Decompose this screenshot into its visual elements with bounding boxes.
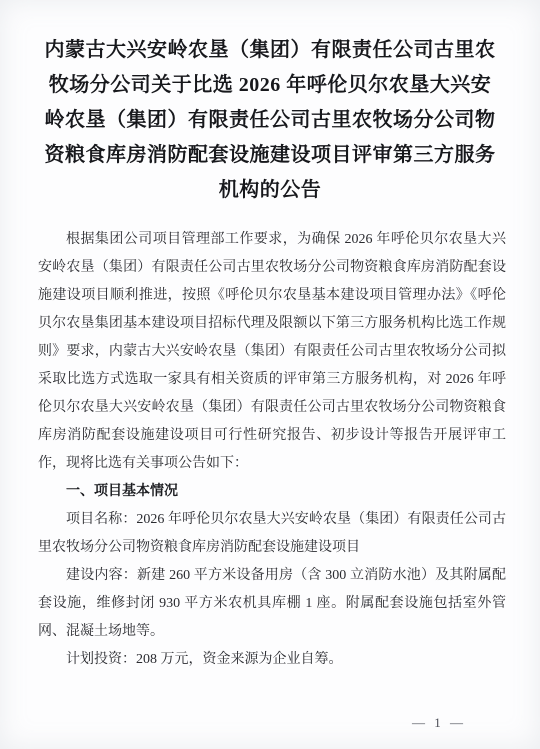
intro-paragraph: 根据集团公司项目管理部工作要求，为确保 2026 年呼伦贝尔农垦大兴安岭农垦（集…: [38, 226, 506, 478]
title-line-4: 资粮食库房消防配套设施建设项目评审第三方服务: [36, 138, 504, 173]
document-title: 内蒙古大兴安岭农垦（集团）有限责任公司古里农 牧场分公司关于比选 2026 年呼…: [36, 33, 504, 208]
title-line-5: 机构的公告: [36, 173, 504, 208]
section-heading-basic-info: 一、项目基本情况: [38, 478, 506, 506]
planned-investment-paragraph: 计划投资：208 万元，资金来源为企业自筹。: [38, 646, 506, 674]
construction-content-paragraph: 建设内容：新建 260 平方米设备用房（含 300 立消防水池）及其附属配套设施…: [38, 562, 506, 646]
document-page: 内蒙古大兴安岭农垦（集团）有限责任公司古里农 牧场分公司关于比选 2026 年呼…: [0, 0, 540, 749]
title-line-3: 岭农垦（集团）有限责任公司古里农牧场分公司物: [36, 103, 504, 138]
title-line-1: 内蒙古大兴安岭农垦（集团）有限责任公司古里农: [36, 33, 504, 68]
page-number: — 1 —: [412, 716, 466, 729]
document-body: 根据集团公司项目管理部工作要求，为确保 2026 年呼伦贝尔农垦大兴安岭农垦（集…: [0, 226, 540, 674]
project-name-paragraph: 项目名称：2026 年呼伦贝尔农垦大兴安岭农垦（集团）有限责任公司古里农牧场分公…: [38, 506, 506, 562]
title-line-2: 牧场分公司关于比选 2026 年呼伦贝尔农垦大兴安: [36, 68, 504, 103]
